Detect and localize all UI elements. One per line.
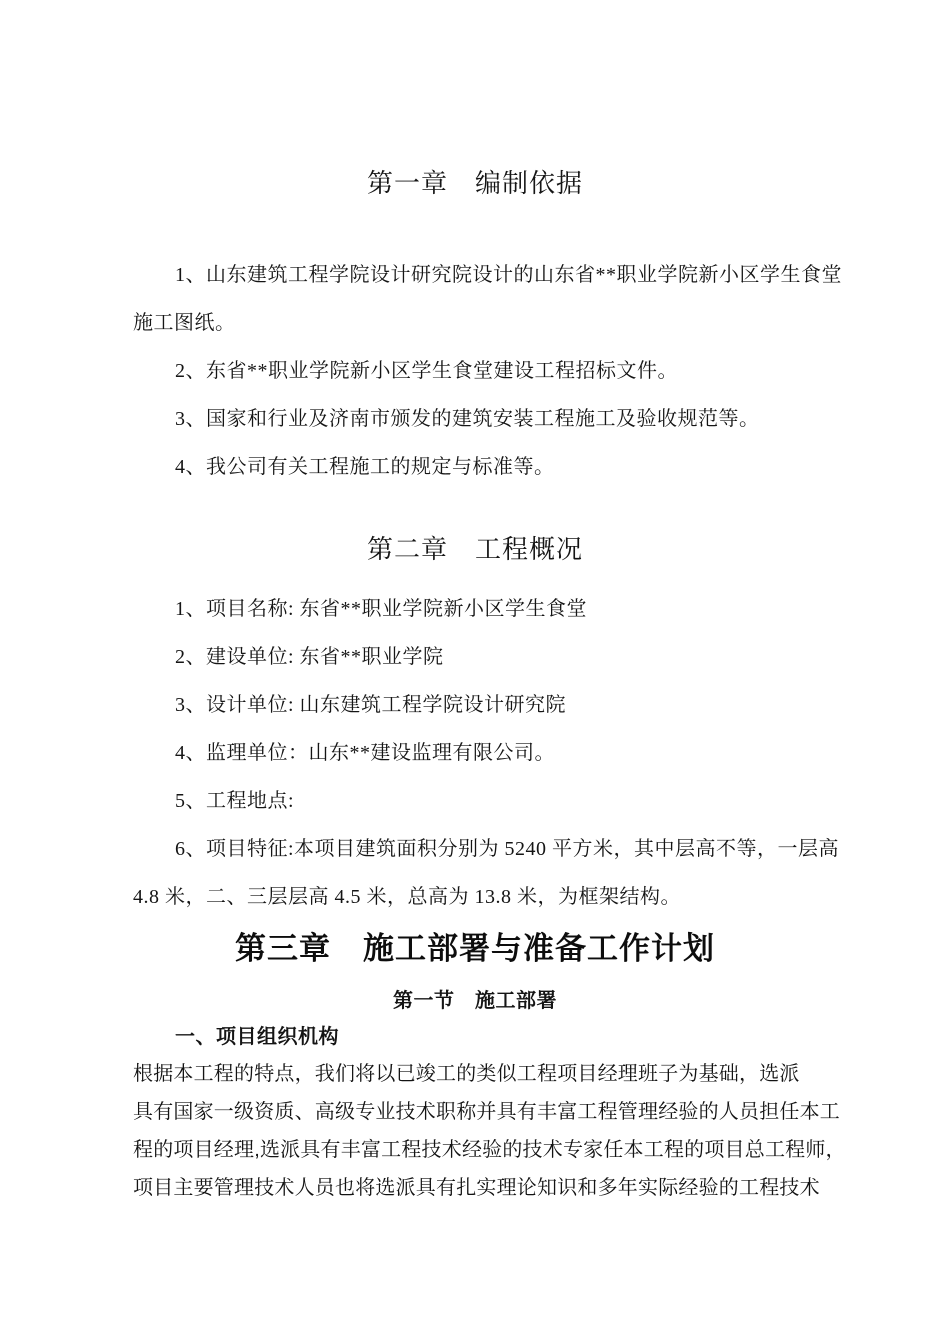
chapter1-item1-line1: 1、山东建筑工程学院设计研究院设计的山东省**职业学院新小区学生食堂 <box>133 251 817 299</box>
paragraph-line: 项目主要管理技术人员也将选派具有扎实理论知识和多年实际经验的工程技术 <box>133 1169 817 1207</box>
chapter3-section1-title: 第一节 施工部署 <box>133 988 817 1014</box>
chapter3-title: 第三章 施工部署与准备工作计划 <box>133 931 817 967</box>
chapter1-item1-line2: 施工图纸。 <box>133 299 817 347</box>
chapter1-item4: 4、我公司有关工程施工的规定与标准等。 <box>133 443 817 491</box>
chapter2-item3: 3、设计单位: 山东建筑工程学院设计研究院 <box>133 681 817 729</box>
chapter2-item5: 5、工程地点: <box>133 777 817 825</box>
chapter1-item-list: 1、山东建筑工程学院设计研究院设计的山东省**职业学院新小区学生食堂 施工图纸。… <box>133 251 817 491</box>
chapter2-item2: 2、建设单位: 东省**职业学院 <box>133 633 817 681</box>
chapter2-item4: 4、监理单位：山东**建设监理有限公司。 <box>133 729 817 777</box>
chapter3-subsection1-title: 一、项目组织机构 <box>133 1024 817 1050</box>
chapter1-item2: 2、东省**职业学院新小区学生食堂建设工程招标文件。 <box>133 347 817 395</box>
chapter2-item6-line2: 4.8 米，二、三层层高 4.5 米，总高为 13.8 米，为框架结构。 <box>133 873 817 921</box>
chapter1-item3: 3、国家和行业及济南市颁发的建筑安装工程施工及验收规范等。 <box>133 395 817 443</box>
chapter3-paragraph1: 根据本工程的特点，我们将以已竣工的类似工程项目经理班子为基础，选派 具有国家一级… <box>133 1055 817 1207</box>
chapter2-item1: 1、项目名称: 东省**职业学院新小区学生食堂 <box>133 585 817 633</box>
chapter2-item-list: 1、项目名称: 东省**职业学院新小区学生食堂 2、建设单位: 东省**职业学院… <box>133 585 817 921</box>
chapter2-item6-line1: 6、项目特征:本项目建筑面积分别为 5240 平方米，其中层高不等，一层高 <box>133 825 817 873</box>
chapter2-title: 第二章 工程概况 <box>133 536 817 564</box>
chapter1-title: 第一章 编制依据 <box>133 170 817 198</box>
paragraph-line: 具有国家一级资质、高级专业技术职称并具有丰富工程管理经验的人员担任本工 <box>133 1093 817 1131</box>
paragraph-line: 程的项目经理,选派具有丰富工程技术经验的技术专家任本工程的项目总工程师， <box>133 1131 817 1169</box>
document-page: 第一章 编制依据 1、山东建筑工程学院设计研究院设计的山东省**职业学院新小区学… <box>0 0 950 1341</box>
paragraph-line: 根据本工程的特点，我们将以已竣工的类似工程项目经理班子为基础，选派 <box>133 1055 817 1093</box>
